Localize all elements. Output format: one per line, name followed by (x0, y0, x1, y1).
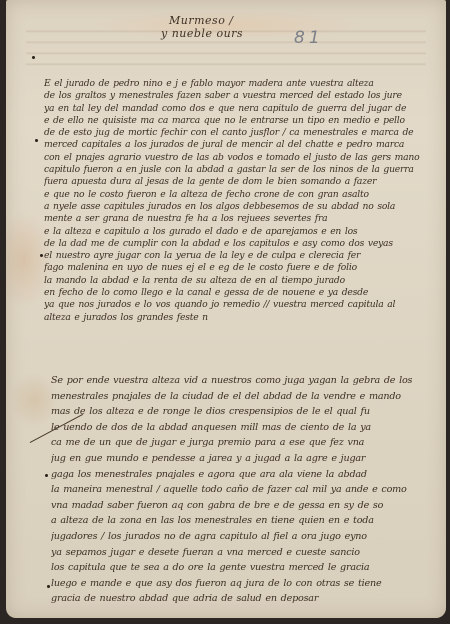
text-line: en fecho de lo como llego e la canal e g… (44, 287, 424, 299)
text-line: Se por ende vuestra alteza vid a nuestro… (51, 373, 426, 389)
text-line: fuera apuesta dura al jesas de la gente … (44, 176, 424, 188)
text-line: menestrales pnajales de la ciudad de el … (51, 389, 426, 405)
text-line: e de ello ne quisiste ma ca marca que no… (44, 115, 424, 127)
document-header: Murmeso / y nueble ours (161, 14, 243, 40)
text-line: los capitula que te sea a do ore la gent… (51, 560, 426, 576)
text-line: de la dad me de cumplir con la abdad e l… (44, 238, 424, 250)
paragraph-2: Se por ende vuestra alteza vid a nuestro… (51, 373, 426, 607)
text-line: merced capitales a los jurados de jural … (44, 139, 424, 151)
text-line: jug en gue mundo e pendesse a jarea y a … (51, 451, 426, 467)
text-line: la mando la abdad e la renta de su altez… (44, 275, 424, 287)
text-line: e la alteza e capitulo a los gurado el d… (44, 226, 424, 238)
text-line: gaga los menestrales pnajales e agora qu… (51, 467, 426, 483)
text-line: ya que nos jurados e lo vos quando jo re… (44, 299, 424, 311)
text-line: de de esto jug de mortic fechir con el c… (44, 127, 424, 139)
text-line: ya en tal ley del mandad como dos e que … (44, 103, 424, 115)
margin-dot (35, 139, 38, 142)
text-line: alteza e jurados los grandes feste n (44, 312, 424, 324)
text-line: fago malenina en uyo de nues ej el e eg … (44, 262, 424, 274)
text-line: a nyele asse capitules jurados en los al… (44, 201, 424, 213)
text-line: ca me de un que de jugar e jurga premio … (51, 435, 426, 451)
margin-dot (32, 56, 35, 59)
text-line: E el jurado de pedro nino e j e fablo ma… (44, 78, 424, 90)
text-line: ya sepamos jugar e desete fueran a vna m… (51, 545, 426, 561)
text-line: la maneira menestral / aquelle todo caño… (51, 482, 426, 498)
text-line: con el pnajes agrario vuestro de las ab … (44, 152, 424, 164)
folio-number: 81 (294, 28, 324, 48)
text-line: le uendo de dos de la abdad anquesen mil… (51, 420, 426, 436)
margin-dot (45, 474, 48, 477)
text-line: mente a ser grana de nuestra fe ha a los… (44, 213, 424, 225)
text-line: el nuestro ayre jugar con la yerua de la… (44, 250, 424, 262)
header-line-2: y nueble ours (161, 27, 243, 40)
text-line: capitulo fueron a en jusle con la abdad … (44, 164, 424, 176)
margin-dot (47, 585, 50, 588)
text-line: e que no le costo fueron e la alteza de … (44, 189, 424, 201)
text-line: jugadores / los jurados no de agra capit… (51, 529, 426, 545)
manuscript-page: Murmeso / y nueble ours 81 E el jurado d… (6, 0, 446, 618)
text-line: de los graltos y menestrales fazen saber… (44, 90, 424, 102)
text-line: a alteza de la zona en las los menestral… (51, 513, 426, 529)
header-line-1: Murmeso / (169, 14, 243, 27)
text-line: vna madad saber fueron aq con gabra de b… (51, 498, 426, 514)
text-line: luego e mande e que asy dos fueron aq ju… (51, 576, 426, 592)
document-scan: Murmeso / y nueble ours 81 E el jurado d… (0, 0, 450, 624)
text-line: mas de los alteza e de ronge le dios cre… (51, 404, 426, 420)
margin-dot (40, 254, 43, 257)
text-line: gracia de nuestro abdad que adria de sal… (51, 591, 426, 607)
paragraph-1: E el jurado de pedro nino e j e fablo ma… (44, 78, 424, 324)
